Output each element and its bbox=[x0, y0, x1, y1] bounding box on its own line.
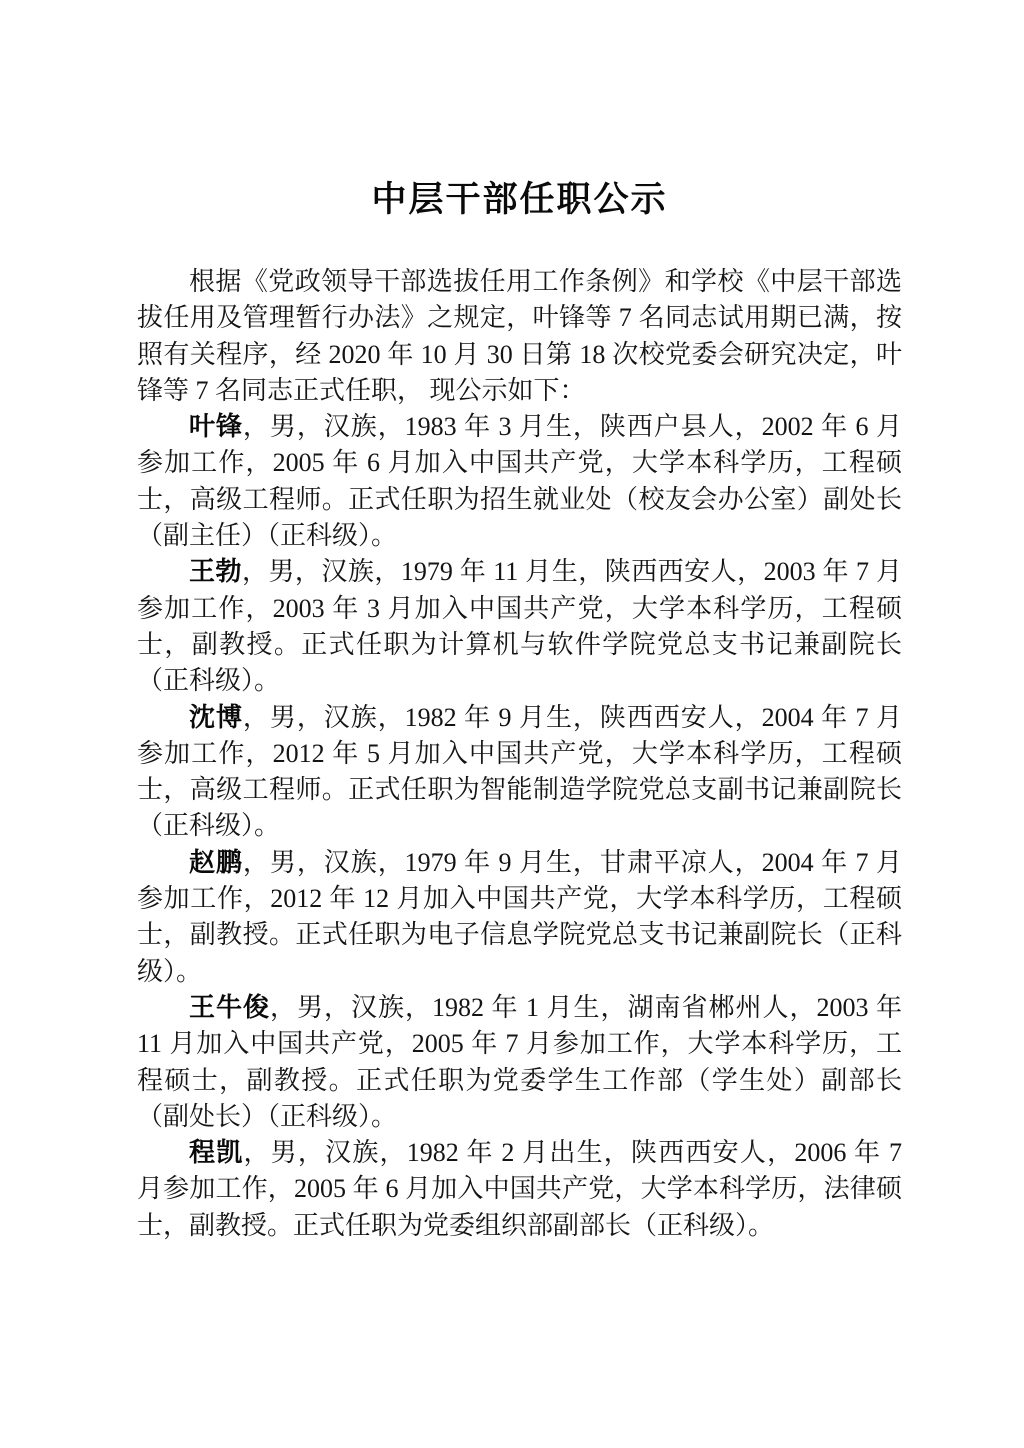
appointee-paragraph: 王勃，男，汉族，1979 年 11 月生，陕西西安人，2003 年 7 月参加工… bbox=[137, 554, 902, 699]
appointee-name: 叶锋 bbox=[189, 412, 243, 441]
appointee-paragraph: 叶锋，男，汉族，1983 年 3 月生，陕西户县人，2002 年 6 月参加工作… bbox=[137, 409, 902, 554]
appointee-details: ，男，汉族，1982 年 9 月生，陕西西安人，2004 年 7 月参加工作，2… bbox=[137, 703, 902, 841]
appointee-name: 王勃 bbox=[189, 557, 242, 586]
appointee-details: ，男，汉族，1979 年 11 月生，陕西西安人，2003 年 7 月参加工作，… bbox=[137, 557, 902, 695]
document-title: 中层干部任职公示 bbox=[137, 178, 902, 222]
appointee-paragraph: 程凯，男，汉族，1982 年 2 月出生，陕西西安人，2006 年 7 月参加工… bbox=[137, 1135, 902, 1244]
entries-section: 叶锋，男，汉族，1983 年 3 月生，陕西户县人，2002 年 6 月参加工作… bbox=[137, 409, 902, 1244]
appointee-details: ，男，汉族，1983 年 3 月生，陕西户县人，2002 年 6 月参加工作，2… bbox=[137, 412, 902, 550]
appointee-paragraph: 沈博，男，汉族，1982 年 9 月生，陕西西安人，2004 年 7 月参加工作… bbox=[137, 700, 902, 845]
appointee-paragraph: 赵鹏，男，汉族，1979 年 9 月生，甘肃平凉人，2004 年 7 月参加工作… bbox=[137, 845, 902, 990]
document-page: 中层干部任职公示 根据《党政领导干部选拔任用工作条例》和学校《中层干部选拔任用及… bbox=[0, 0, 1024, 1448]
appointee-name: 沈博 bbox=[189, 703, 243, 732]
appointee-name: 程凯 bbox=[189, 1138, 243, 1167]
appointee-name: 王牛俊 bbox=[189, 993, 270, 1022]
appointee-details: ，男，汉族，1982 年 2 月出生，陕西西安人，2006 年 7 月参加工作，… bbox=[137, 1138, 902, 1240]
appointee-name: 赵鹏 bbox=[189, 848, 243, 877]
intro-paragraph: 根据《党政领导干部选拔任用工作条例》和学校《中层干部选拔任用及管理暂行办法》之规… bbox=[137, 264, 902, 409]
appointee-details: ，男，汉族，1979 年 9 月生，甘肃平凉人，2004 年 7 月参加工作，2… bbox=[137, 848, 902, 986]
appointee-paragraph: 王牛俊，男，汉族，1982 年 1 月生，湖南省郴州人，2003 年 11 月加… bbox=[137, 990, 902, 1135]
